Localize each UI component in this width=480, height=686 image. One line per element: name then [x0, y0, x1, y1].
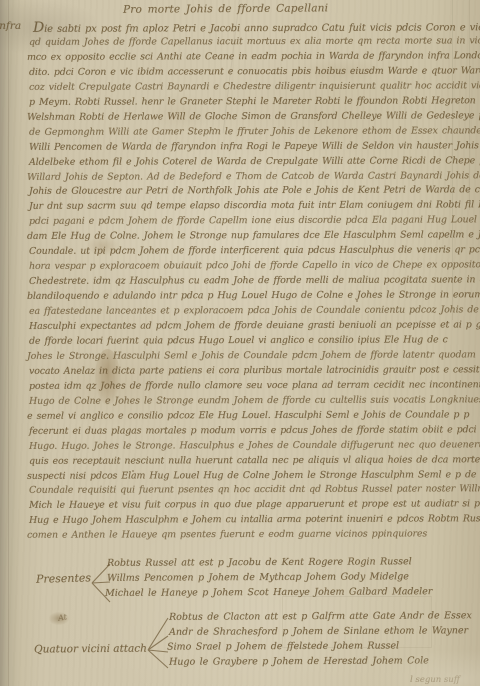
manuscript-line: coz videlt Crepulgate Castri Baynardi e …	[29, 80, 480, 94]
manuscript-line: de Gepmonghm Willi ate Gamer Stephn le f…	[29, 125, 480, 139]
vicini-entry: Andr de Shrachesford p Johem de Sinlane …	[169, 625, 468, 639]
manuscript-line: fecerunt ei duas plagas mortales p modum…	[29, 424, 480, 438]
manuscript-line: Jur dnt sup sacrm suu qd tempe elapso di…	[29, 200, 480, 214]
manuscript-line: dam Ele Hug de Colne. Johem le Stronge n…	[27, 229, 480, 243]
manuscript-line: Coundale. ut ipi pdcm Johem de fforde in…	[29, 244, 480, 258]
manuscript-line: comen e Anthen le Haueye qm psentes fuer…	[27, 529, 427, 542]
manuscript-line: Johis de Gloucestre aur Petri de Northfo…	[29, 185, 480, 199]
manuscript-line: Coundale requisiti qui fuerunt psentes q…	[29, 484, 480, 498]
manuscript-page: Pro morte Johis de fforde Capellani Infr…	[0, 0, 480, 686]
manuscript-line: p Meym. Robti Russel. henr le Graneter S…	[29, 95, 480, 109]
presentes-entry: Willms Pencomen p Johem de Mythcap Johem…	[107, 571, 409, 585]
manuscript-line: Hugo de Colne e Johes le Stronge eundm J…	[29, 394, 480, 408]
vicini-entry: Simo Srael p Johem de ffelstede Johem Ru…	[167, 640, 399, 653]
manuscript-line: qd quidam Johes de fforde Capellanus iac…	[29, 35, 480, 49]
presentes-entry: Robtus Russel att est p Jacobu de Kent R…	[107, 556, 412, 570]
manuscript-line: Chedestrete. idm qz Hasculphus cu eadm J…	[29, 274, 480, 288]
manuscript-line: quis eos receptauit nesciunt nulla hueru…	[29, 454, 480, 468]
manuscript-line: Hugo. Hugo. Johes le Stronge. Hasculphus…	[29, 439, 480, 453]
manuscript-line: Hasculphi expectantes ad pdcm Johem de f…	[29, 319, 480, 333]
manuscript-line: Aldelbeke ethom fil e Johis Coterel de W…	[29, 155, 480, 169]
manuscript-line: e semel vi anglico e consilio pdcoz Ele …	[27, 409, 469, 423]
vicini-label: Quatuor vicini attach	[34, 643, 147, 656]
bottom-edge-fragment: l segun suff	[410, 675, 460, 685]
vicini-side-mark: At	[57, 612, 67, 622]
manuscript-line: hora vespar p exploracoem obuiauit pdco …	[29, 259, 480, 273]
manuscript-line: de fforde locari fuerint quia pdcus Hugo…	[29, 334, 448, 347]
manuscript-line: blandiloquendo e adulando intr pdca p Hu…	[27, 289, 480, 303]
manuscript-line: Willard Johis de Septon. Ad de Bedeford …	[27, 170, 480, 184]
document-heading: Pro morte Johis de fforde Capellani	[123, 2, 328, 15]
manuscript-line: suspecti nisi pdcos Elam Hug Louel Hug d…	[27, 469, 476, 483]
manuscript-line: Mich le Haueye et visu fuit corpus in qu…	[29, 499, 480, 513]
vicini-entry: Hugo le Graybere p Johem de Herestad Joh…	[169, 655, 429, 668]
vicini-entry: Robtus de Clacton att est p Galfrm atte …	[169, 610, 472, 624]
manuscript-line: Welshman Robti de Herlawe Will de Gloche…	[27, 110, 480, 124]
presentes-entry: Michael le Haneye p Johem Scot Haneye Jo…	[105, 587, 432, 601]
manuscript-line: Willi Pencomen de Warda de ffaryndon inf…	[29, 140, 479, 154]
manuscript-line: Johes le Stronge. Hasculphi Seml e Johis…	[27, 349, 480, 363]
manuscript-line: mco ex opposito ecclie sci Anthi ate Cea…	[27, 50, 480, 64]
manuscript-line: dito. pdci Coron e vic ibidm accesserunt…	[29, 65, 480, 79]
manuscript-line: vocato Anelaz in dicta parte patiens ei …	[29, 364, 480, 378]
manuscript-line: Hug e Hugo Johem Hasculphm e Johem cu in…	[29, 514, 480, 528]
margin-note-infra: Infra	[0, 20, 21, 32]
fold-crease	[8, 0, 9, 686]
manuscript-line: ea ffatestedane lanceantes et p explorac…	[29, 304, 480, 318]
manuscript-line: postea idm qz Johes de fforde nullo clam…	[29, 379, 480, 393]
presentes-label: Presentes	[36, 571, 91, 585]
manuscript-line: Die sabti px post fm aploz Petri e Jacob…	[33, 20, 480, 36]
manuscript-line: pdci pagani e pdcm Johem de fforde Capel…	[29, 215, 480, 229]
